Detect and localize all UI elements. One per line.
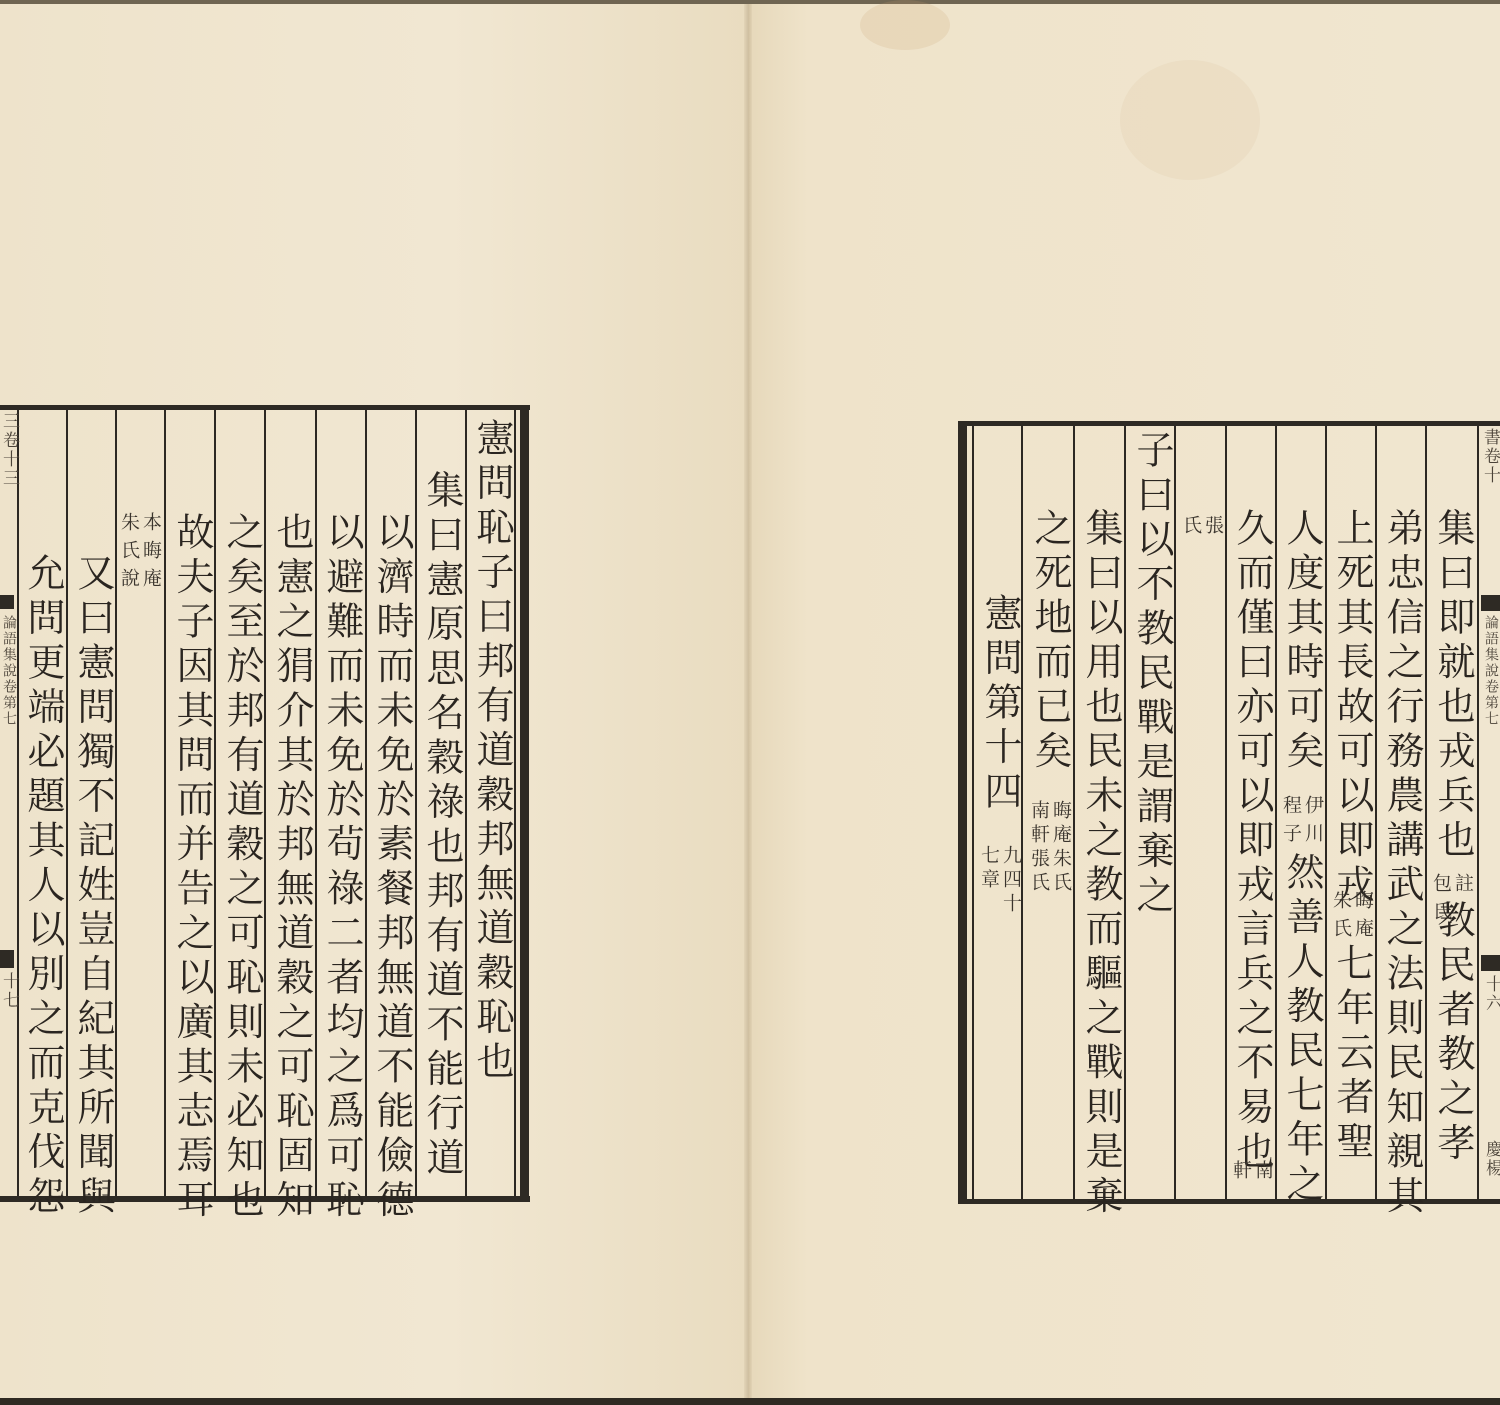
frame-left-border — [958, 421, 967, 1204]
interlinear-note: 本晦庵 — [140, 512, 161, 596]
margin-fragment: 慶楊 — [1483, 1140, 1500, 1178]
text-column: 集曰憲原思名穀祿也邦有道不能行道 — [418, 470, 466, 1182]
text-column: 上死其長故可以即戎 — [1328, 508, 1376, 909]
text-column: 以濟時而未免於素餐邦無道不能儉德 — [368, 512, 416, 1224]
fishtail-mark — [1481, 595, 1500, 611]
paper-stain — [1120, 60, 1260, 180]
text-column: 久而僅曰亦可以即戎言兵之不易也 — [1228, 508, 1276, 1176]
frame-right-border — [520, 405, 529, 1202]
margin-fragment: 論語集說卷第七 — [1482, 615, 1500, 727]
text-column: 憲問恥子曰邦有道穀邦無道穀恥也 — [468, 418, 516, 1086]
text-column: 也憲之狷介其於邦無道穀之可恥固知 — [268, 512, 316, 1224]
fishtail-mark — [1481, 955, 1500, 971]
text-column: 之死地而已矣 — [1026, 508, 1074, 775]
interlinear-note: 註 — [1452, 873, 1473, 901]
interlinear-note: 朱氏 — [1330, 890, 1351, 946]
interlinear-note: 張 — [1202, 515, 1223, 543]
fishtail-mark — [0, 950, 14, 968]
fishtail-mark — [0, 595, 14, 609]
paper-stain — [860, 0, 950, 50]
margin-fragment: 三卷十三 — [0, 412, 18, 488]
column-rule — [1477, 426, 1479, 1199]
interlinear-note: 伊川 — [1302, 795, 1323, 851]
interlinear-note: 南軒張氏 — [1028, 800, 1049, 896]
interlinear-note: 朱氏說 — [118, 512, 139, 596]
column-rule — [1225, 426, 1227, 1199]
book-spine-fold — [744, 0, 752, 1405]
margin-fragment: 書卷十 — [1481, 428, 1499, 485]
top-edge — [0, 0, 1500, 4]
text-column: 集曰以用也民未之教而驅之戰則是棄 — [1077, 508, 1125, 1220]
text-column: 又曰憲問獨不記姓豈自紀其所聞與 — [69, 553, 117, 1221]
interlinear-note: 程子 — [1280, 795, 1301, 851]
column-rule — [164, 410, 166, 1196]
text-column: 以避難而未免於茍祿二者均之爲可恥 — [318, 512, 366, 1224]
text-column: 七年云者聖 — [1328, 943, 1376, 1166]
frame-top-border — [958, 421, 1500, 426]
text-column: 之矣至於邦有道穀之可恥則未必知也 — [218, 512, 266, 1224]
text-column: 然善人教民七年之 — [1278, 852, 1326, 1208]
text-column: 允問更端必題其人以別之而克伐怨 — [19, 553, 67, 1221]
margin-fragment: 十六 — [1483, 975, 1500, 1013]
margin-fragment: 論語集說卷第七 — [0, 615, 18, 727]
interlinear-note: 七章 — [978, 845, 999, 893]
text-column: 子曰以不教民戰是謂棄之 — [1128, 430, 1176, 920]
text-column: 人度其時可矣 — [1278, 508, 1326, 775]
margin-fragment: 十七 — [0, 972, 18, 1010]
bottom-edge — [0, 1398, 1500, 1405]
interlinear-note: 氏 — [1180, 515, 1201, 543]
interlinear-note: 九四十 — [1000, 845, 1021, 917]
text-column: 故夫子因其問而并告之以廣其志焉耳 — [168, 512, 216, 1224]
interlinear-note: 軒 — [1230, 1160, 1251, 1181]
text-column: 集曰即就也戎兵也 — [1429, 508, 1477, 864]
text-column: 弟忠信之行務農講武之法則民知親其 — [1378, 508, 1426, 1220]
text-column: 教民者教之孝 — [1429, 900, 1477, 1167]
column-rule — [972, 426, 974, 1199]
interlinear-note: 晦庵 — [1352, 890, 1373, 946]
section-heading: 憲問第十四 — [976, 593, 1024, 816]
interlinear-note: 南 — [1252, 1160, 1273, 1181]
interlinear-note: 晦庵朱氏 — [1050, 800, 1071, 896]
